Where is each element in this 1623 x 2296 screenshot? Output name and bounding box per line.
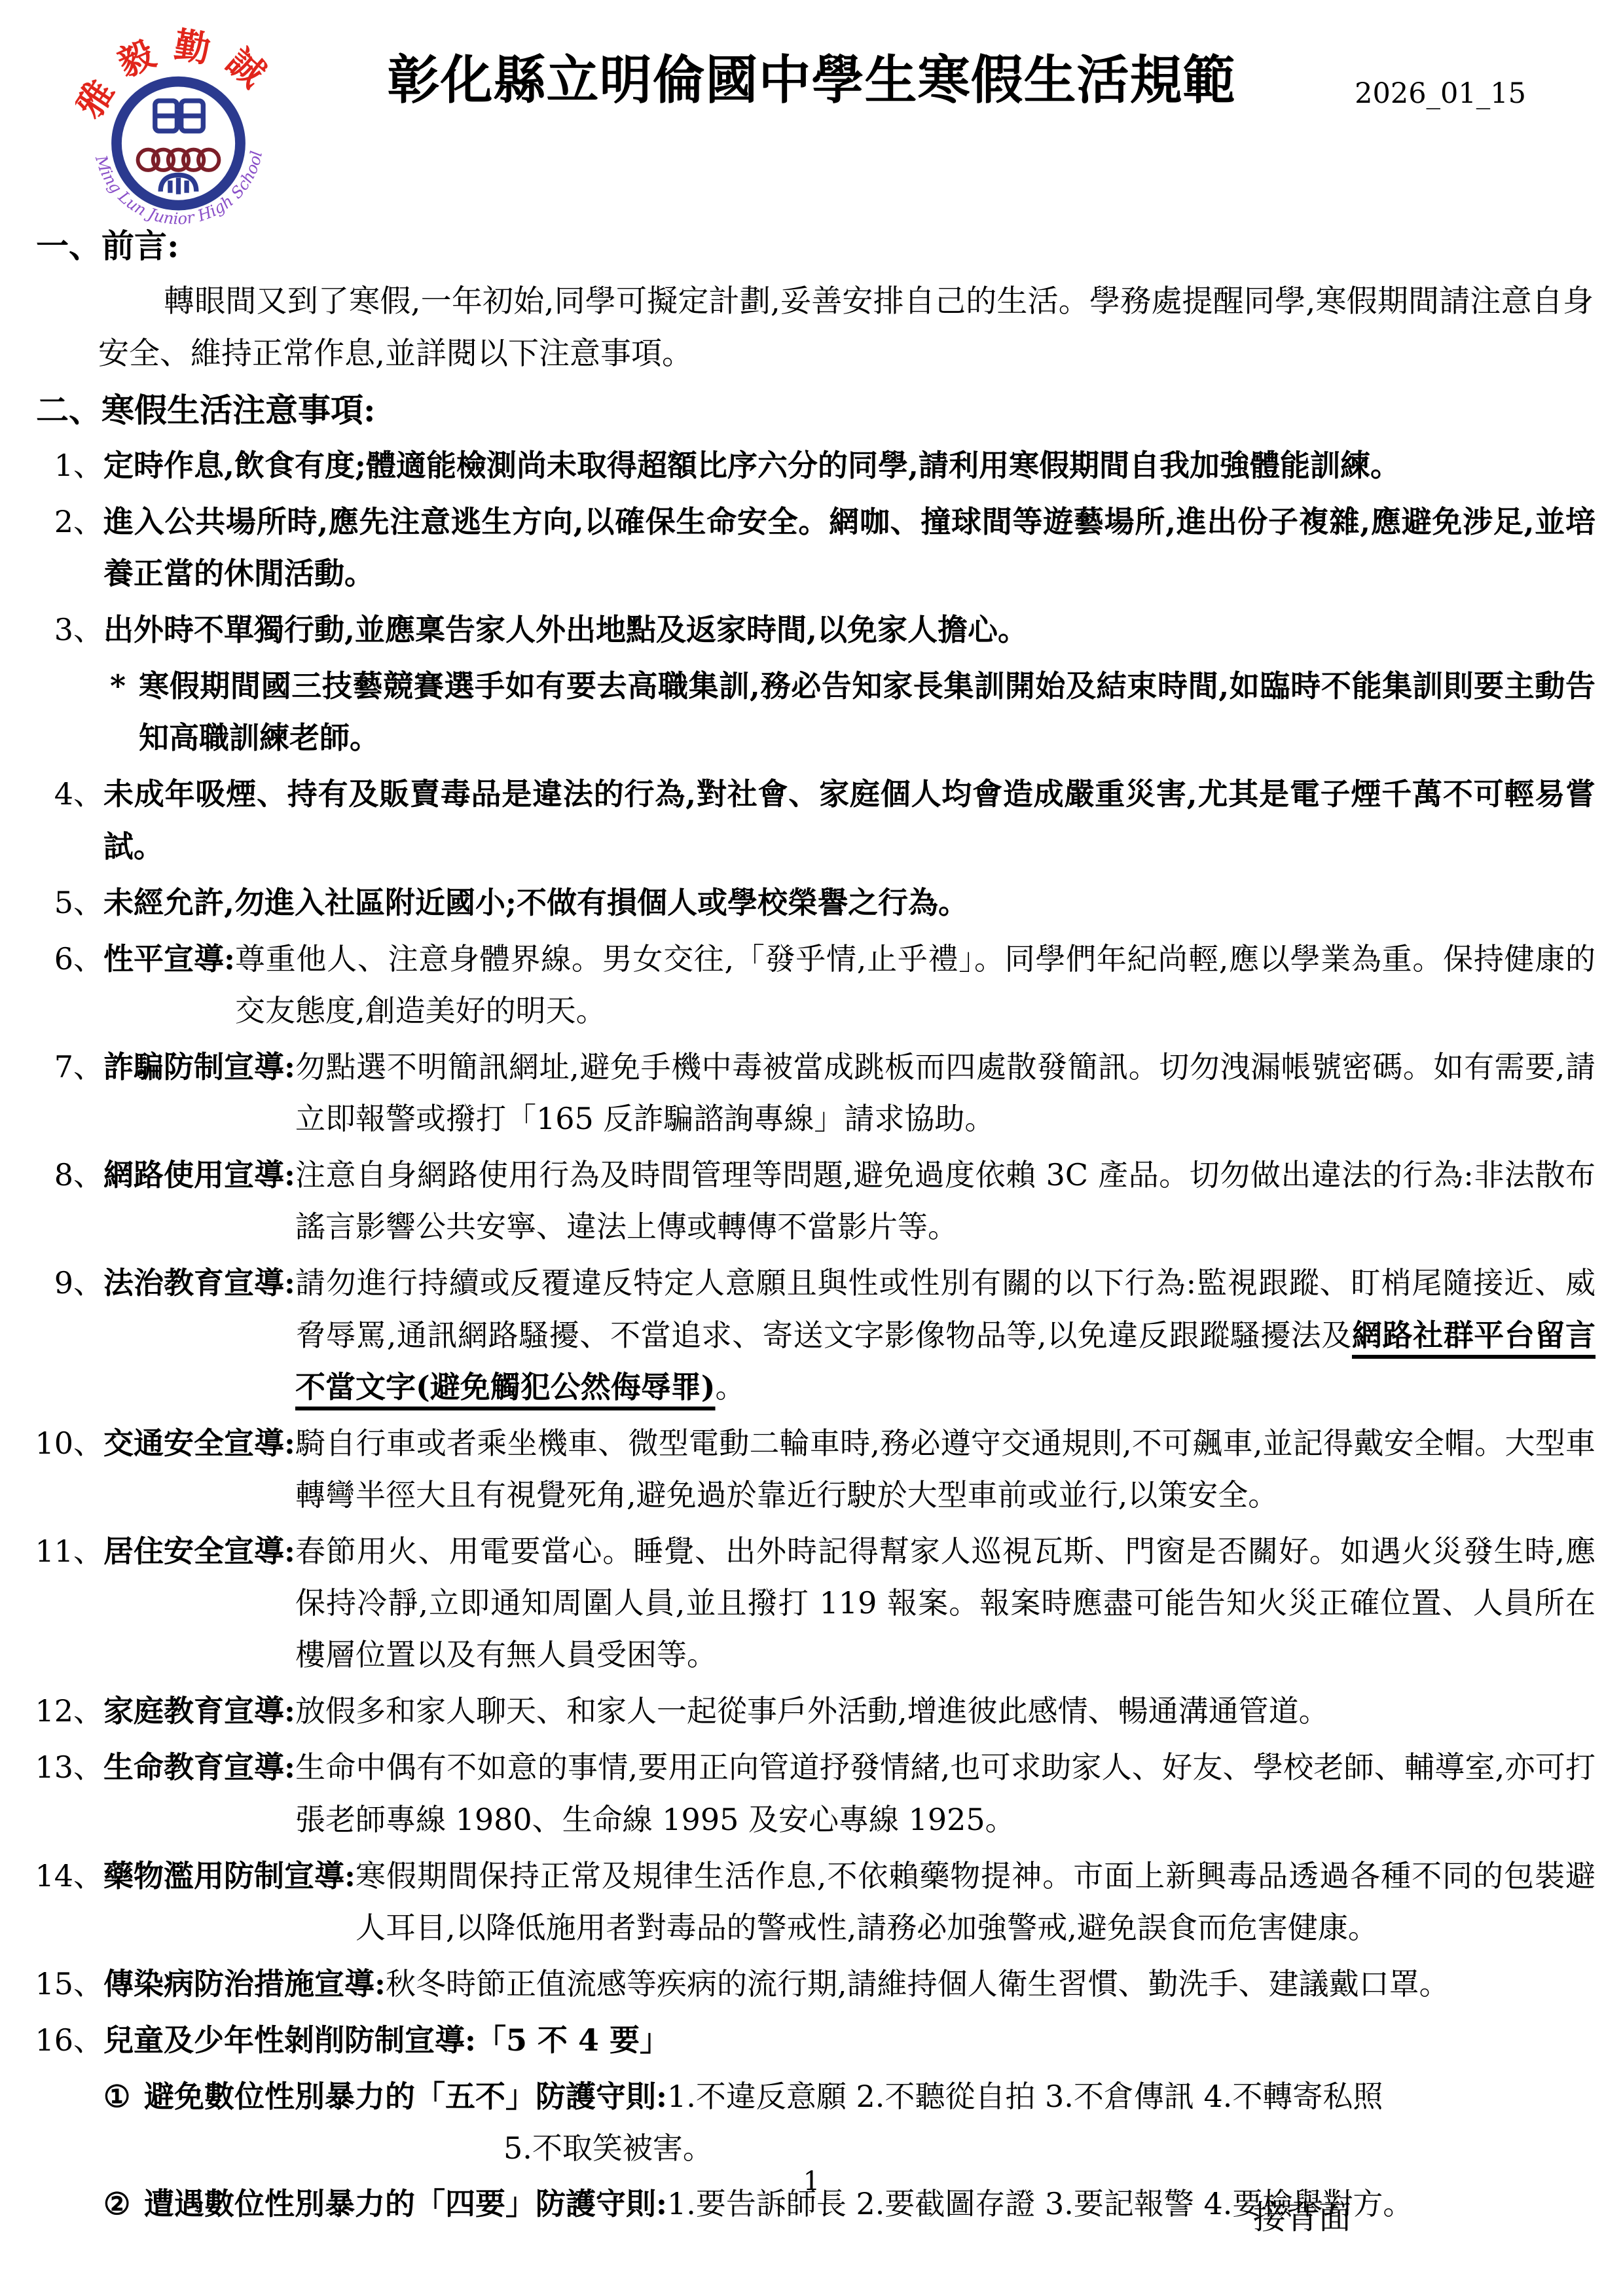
rule-item-13: 13、 生命教育宣導: 生命中偶有不如意的事情,要用正向管道抒發情緒,也可求助家… bbox=[26, 1742, 1596, 1845]
rule-item-3-note: * 寒假期間國三技藝競賽選手如有要去高職集訓,務必告知家長集訓開始及結束時間,如… bbox=[110, 660, 1596, 764]
item-label: 藥物濫用防制宣導: bbox=[103, 1850, 356, 1954]
item-number: 14、 bbox=[26, 1850, 103, 1954]
page-title: 彰化縣立明倫國中學生寒假生活規範 bbox=[388, 38, 1236, 113]
rule-item-10: 10、 交通安全宣導: 騎自行車或者乘坐機車、微型電動二輪車時,務必遵守交通規則… bbox=[26, 1418, 1596, 1521]
page-number: 1 bbox=[0, 2166, 1623, 2197]
item-text: 定時作息,飲食有度;體適能檢測尚未取得超額比序六分的同學,請利用寒假期間自我加強… bbox=[103, 440, 1596, 492]
item-number: 5、 bbox=[26, 877, 103, 929]
item-text: 騎自行車或者乘坐機車、微型電動二輪車時,務必遵守交通規則,不可飆車,並記得戴安全… bbox=[295, 1418, 1596, 1521]
item-label: 網路使用宣導: bbox=[103, 1149, 295, 1253]
rule-item-4: 4、 未成年吸煙、持有及販賣毒品是違法的行為,對社會、家庭個人均會造成嚴重災害,… bbox=[26, 768, 1596, 872]
item-number: 8、 bbox=[26, 1149, 103, 1253]
preface-heading: 一、前言: bbox=[36, 221, 1594, 270]
item-label: 詐騙防制宣導: bbox=[103, 1041, 295, 1145]
item-text: 請勿進行持續或反覆違反特定人意願且與性或性別有關的以下行為:監視跟蹤、盯梢尾隨接… bbox=[295, 1257, 1596, 1412]
rule-item-3: 3、 出外時不單獨行動,並應稟告家人外出地點及返家時間,以免家人擔心。 bbox=[26, 604, 1596, 656]
item-text: 放假多和家人聊天、和家人一起從事戶外活動,增進彼此感情、暢通溝通管道。 bbox=[295, 1685, 1596, 1737]
rule-item-8: 8、 網路使用宣導: 注意自身網路使用行為及時間管理等問題,避免過度依賴 3C … bbox=[26, 1149, 1596, 1253]
item-text: 未經允許,勿進入社區附近國小;不做有損個人或學校榮譽之行為。 bbox=[103, 877, 1596, 929]
notes-heading: 二、寒假生活注意事項: bbox=[36, 386, 1594, 435]
item-text: 尊重他人、注意身體界線。男女交往,「發乎情,止乎禮」。同學們年紀尚輕,應以學業為… bbox=[235, 933, 1596, 1037]
item-label: 兒童及少年性剝削防制宣導:「5 不 4 要」 bbox=[103, 2015, 670, 2066]
item-text: 出外時不單獨行動,並應稟告家人外出地點及返家時間,以免家人擔心。 bbox=[103, 604, 1596, 656]
sub-text-line1: 1.不違反意願 2.不聽從自拍 3.不倉傳訊 4.不轉寄私照 bbox=[667, 2079, 1383, 2114]
item-number: 4、 bbox=[26, 768, 103, 872]
item-text: 生命中偶有不如意的事情,要用正向管道抒發情緒,也可求助家人、好友、學校老師、輔導… bbox=[295, 1742, 1596, 1845]
item-number: 6、 bbox=[26, 933, 103, 1037]
item-text: 注意自身網路使用行為及時間管理等問題,避免過度依賴 3C 產品。切勿做出違法的行… bbox=[295, 1149, 1596, 1253]
item-text: 進入公共場所時,應先注意逃生方向,以確保生命安全。網咖、撞球間等遊藝場所,進出份… bbox=[103, 496, 1596, 600]
item-label: 性平宣導: bbox=[103, 933, 235, 1037]
item-text: 勿點選不明簡訊網址,避免手機中毒被當成跳板而四處散發簡訊。切勿洩漏帳號密碼。如有… bbox=[295, 1041, 1596, 1145]
item-text: 未成年吸煙、持有及販賣毒品是違法的行為,對社會、家庭個人均會造成嚴重災害,尤其是… bbox=[103, 768, 1596, 872]
item-number: 11、 bbox=[26, 1526, 103, 1681]
rule-item-16-sub-1: ① 避免數位性別暴力的「五不」防護守則: 1.不違反意願 2.不聽從自拍 3.不… bbox=[103, 2071, 1596, 2174]
rule-item-1: 1、 定時作息,飲食有度;體適能檢測尚未取得超額比序六分的同學,請利用寒假期間自… bbox=[26, 440, 1596, 492]
item-number: 1、 bbox=[26, 440, 103, 492]
rule-item-11: 11、 居住安全宣導: 春節用火、用電要當心。睡覺、出外時記得幫家人巡視瓦斯、門… bbox=[26, 1526, 1596, 1681]
item-number: 9、 bbox=[26, 1257, 103, 1412]
item-text: 寒假期間保持正常及規律生活作息,不依賴藥物提神。市面上新興毒品透過各種不同的包裝… bbox=[356, 1850, 1596, 1954]
rule-item-5: 5、 未經允許,勿進入社區附近國小;不做有損個人或學校榮譽之行為。 bbox=[26, 877, 1596, 929]
school-logo: 雅毅勤誠 Ming Lun Junior High School bbox=[75, 18, 282, 224]
rule-item-12: 12、 家庭教育宣導: 放假多和家人聊天、和家人一起從事戶外活動,增進彼此感情、… bbox=[26, 1685, 1596, 1737]
rule-item-6: 6、 性平宣導: 尊重他人、注意身體界線。男女交往,「發乎情,止乎禮」。同學們年… bbox=[26, 933, 1596, 1037]
asterisk-marker: * bbox=[110, 660, 139, 764]
rules-list: 1、 定時作息,飲食有度;體適能檢測尚未取得超額比序六分的同學,請利用寒假期間自… bbox=[26, 440, 1596, 2231]
item-label: 居住安全宣導: bbox=[103, 1526, 295, 1681]
rule-item-16: 16、 兒童及少年性剝削防制宣導:「5 不 4 要」 bbox=[26, 2015, 1596, 2066]
item-text: 秋冬時節正值流感等疾病的流行期,請維持個人衛生習慣、勤洗手、建議戴口罩。 bbox=[386, 1958, 1596, 2010]
item-label: 家庭教育宣導: bbox=[103, 1685, 295, 1737]
item-number: 10、 bbox=[26, 1418, 103, 1521]
item-number: 13、 bbox=[26, 1742, 103, 1845]
item-number: 15、 bbox=[26, 1958, 103, 2010]
item-label: 法治教育宣導: bbox=[103, 1257, 295, 1412]
document-page: { "header": { "title": "彰化縣立明倫國中學生寒假生活規範… bbox=[0, 0, 1623, 2296]
sub-text: 1.不違反意願 2.不聽從自拍 3.不倉傳訊 4.不轉寄私照 5.不取笑被害。 bbox=[667, 2071, 1596, 2174]
document-header: 雅毅勤誠 Ming Lun Junior High School 彰化縣立明倫國… bbox=[0, 0, 1623, 216]
item-label: 傳染病防治措施宣導: bbox=[103, 1958, 386, 2010]
preface-paragraph: 轉眼間又到了寒假,一年初始,同學可擬定計劃,妥善安排自己的生活。學務處提醒同學,… bbox=[98, 276, 1594, 380]
item-number: 3、 bbox=[26, 604, 103, 656]
rule-item-7: 7、 詐騙防制宣導: 勿點選不明簡訊網址,避免手機中毒被當成跳板而四處散發簡訊。… bbox=[26, 1041, 1596, 1145]
rule-item-15: 15、 傳染病防治措施宣導: 秋冬時節正值流感等疾病的流行期,請維持個人衛生習慣… bbox=[26, 1958, 1596, 2010]
note-text: 寒假期間國三技藝競賽選手如有要去高職集訓,務必告知家長集訓開始及結束時間,如臨時… bbox=[139, 660, 1596, 764]
rule-item-2: 2、 進入公共場所時,應先注意逃生方向,以確保生命安全。網咖、撞球間等遊藝場所,… bbox=[26, 496, 1596, 600]
item-number: 2、 bbox=[26, 496, 103, 600]
item-number: 16、 bbox=[26, 2015, 103, 2066]
continued-on-back-label: 接背面 bbox=[1253, 2191, 1351, 2238]
item-number: 12、 bbox=[26, 1685, 103, 1737]
item-label: 交通安全宣導: bbox=[103, 1418, 295, 1521]
item-number: 7、 bbox=[26, 1041, 103, 1145]
circled-one-marker: ① bbox=[103, 2071, 144, 2174]
item-text bbox=[670, 2015, 1596, 2066]
item-text-after: 。 bbox=[716, 1369, 746, 1405]
item-text: 春節用火、用電要當心。睡覺、出外時記得幫家人巡視瓦斯、門窗是否關好。如遇火災發生… bbox=[295, 1526, 1596, 1681]
rule-item-9: 9、 法治教育宣導: 請勿進行持續或反覆違反特定人意願且與性或性別有關的以下行為… bbox=[26, 1257, 1596, 1412]
rule-item-14: 14、 藥物濫用防制宣導: 寒假期間保持正常及規律生活作息,不依賴藥物提神。市面… bbox=[26, 1850, 1596, 1954]
document-date: 2026_01_15 bbox=[1355, 77, 1526, 110]
item-label: 生命教育宣導: bbox=[103, 1742, 295, 1845]
